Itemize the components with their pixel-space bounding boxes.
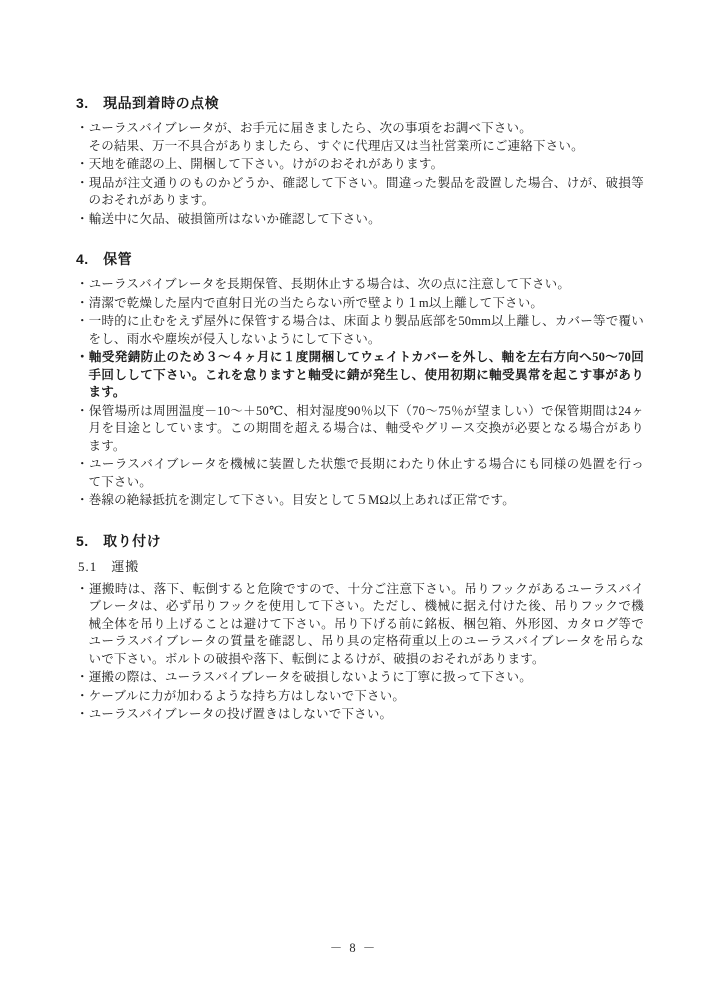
section-heading: 5. 取り付け	[76, 532, 644, 550]
bullet-item: ・巻線の絶縁抵抗を測定して下さい。目安として５MΩ以上あれば正常です。	[76, 492, 644, 510]
page-number: － 8 －	[0, 938, 707, 956]
bullet-item: ・保管場所は周囲温度－10～＋50℃、相対湿度90％以下（70～75％が望ましい…	[76, 403, 644, 456]
bullet-item: ・ケーブルに力が加わるような持ち方はしないで下さい。	[76, 688, 644, 706]
bullet-item: ・運搬の際は、ユーラスバイブレータを破損しないように丁寧に扱って下さい。	[76, 669, 644, 687]
bullet-item: ・運搬時は、落下、転倒すると危険ですので、十分ご注意下さい。吊りフックがあるユー…	[76, 581, 644, 669]
section-heading: 4. 保管	[76, 250, 644, 268]
subsection-heading: 5.1 運搬	[78, 558, 644, 576]
bullet-item: ・ユーラスバイブレータの投げ置きはしないで下さい。	[76, 706, 644, 724]
bullet-item: ・天地を確認の上、開梱して下さい。けがのおそれがあります。	[76, 156, 644, 174]
page-content: 3. 現品到着時の点検 ・ユーラスバイブレータが、お手元に届きましたら、次の事項…	[76, 94, 644, 746]
bullet-item: ・ユーラスバイブレータが、お手元に届きましたら、次の事項をお調べ下さい。 その結…	[76, 120, 644, 155]
bullet-item-warning: ・軸受発錆防止のため３～４ヶ月に１度開梱してウェイトカバーを外し、軸を左右方向へ…	[76, 349, 644, 402]
section-installation: 5. 取り付け 5.1 運搬 ・運搬時は、落下、転倒すると危険ですので、十分ご注…	[76, 532, 644, 724]
manual-page: 3. 現品到着時の点検 ・ユーラスバイブレータが、お手元に届きましたら、次の事項…	[0, 0, 707, 1000]
bullet-item: ・一時的に止むをえず屋外に保管する場合は、床面より製品底部を50mm以上離し、カ…	[76, 313, 644, 348]
bullet-item: ・ユーラスバイブレータを機械に装置した状態で長期にわたり休止する場合にも同様の処…	[76, 456, 644, 491]
bullet-item: ・ユーラスバイブレータを長期保管、長期休止する場合は、次の点に注意して下さい。	[76, 276, 644, 294]
bullet-item: ・清潔で乾燥した屋内で直射日光の当たらない所で壁より１m以上離して下さい。	[76, 295, 644, 313]
bullet-item: ・現品が注文通りのものかどうか、確認して下さい。間違った製品を設置した場合、けが…	[76, 175, 644, 210]
section-storage: 4. 保管 ・ユーラスバイブレータを長期保管、長期休止する場合は、次の点に注意し…	[76, 250, 644, 510]
bullet-item: ・輸送中に欠品、破損箇所はないか確認して下さい。	[76, 211, 644, 229]
section-inspection: 3. 現品到着時の点検 ・ユーラスバイブレータが、お手元に届きましたら、次の事項…	[76, 94, 644, 228]
section-heading: 3. 現品到着時の点検	[76, 94, 644, 112]
